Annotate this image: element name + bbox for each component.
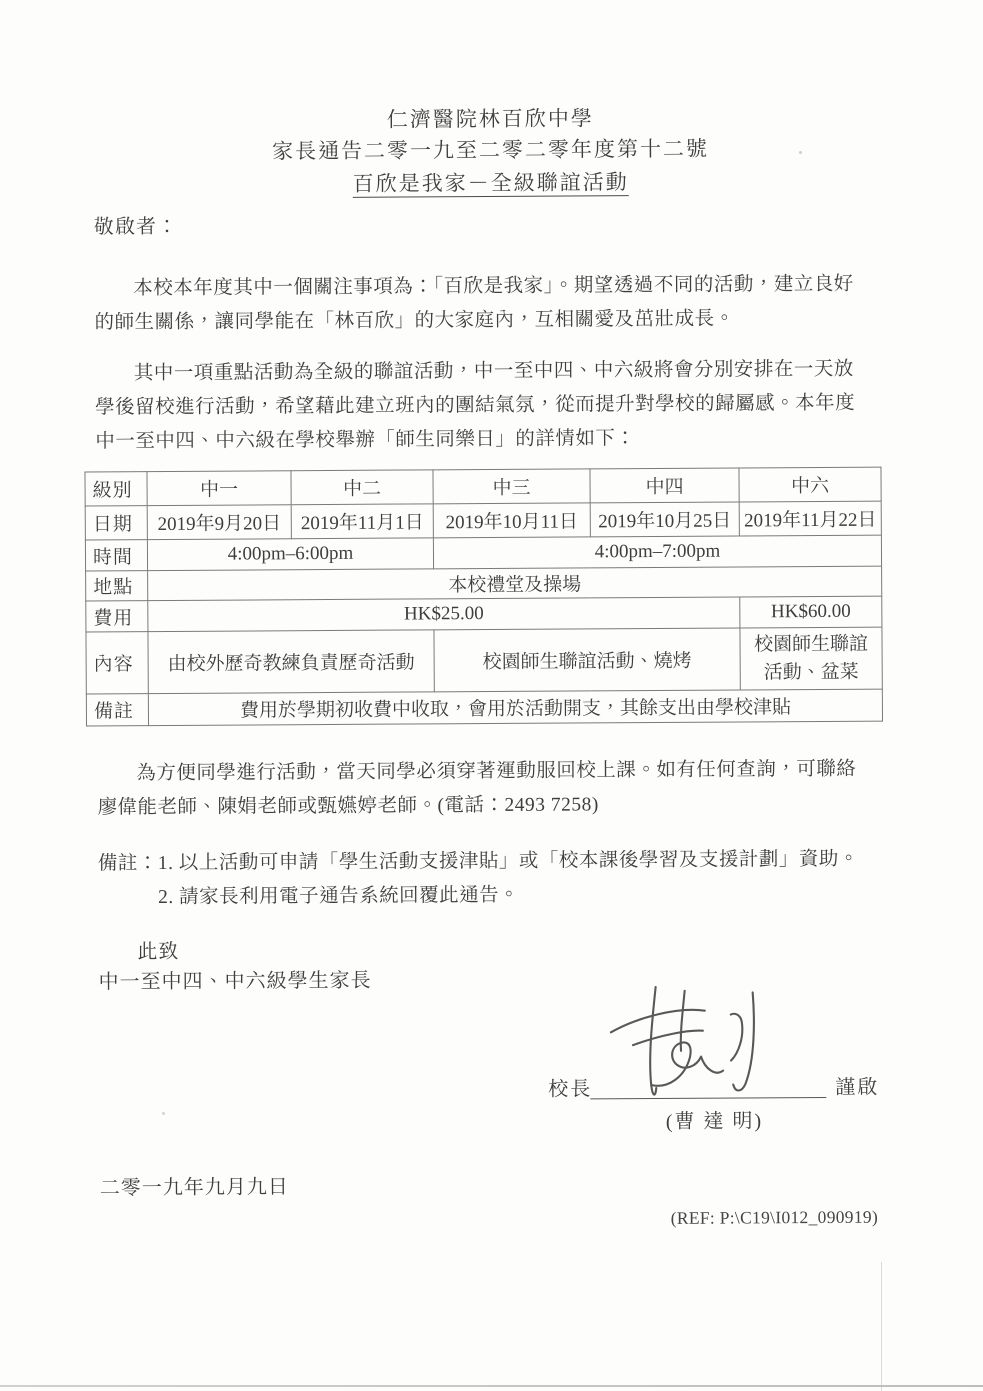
grade-cell: 中六	[739, 467, 881, 502]
paragraph-line: 的師生關係，讓同學能在「林百欣」的大家庭內，互相關愛及茁壯成長。	[94, 302, 888, 341]
subject-title-wrap: 百欣是我家－全級聯誼活動	[94, 165, 888, 205]
row-label-venue: 地點	[86, 571, 148, 601]
date-cell: 2019年11月1日	[291, 504, 433, 539]
notes-line-1: 備註：1. 以上活動可申請「學生活動支援津貼」或「校本課後學習及支援計劃」資助。	[98, 843, 892, 882]
table-row-date: 日期 2019年9月20日 2019年11月1日 2019年10月11日 201…	[85, 501, 881, 540]
paragraph-line: 其中一項重點活動為全級的聯誼活動，中一至中四、中六級將會分別安排在一天放	[95, 353, 889, 392]
table-row-fee: 費用 HK$25.00 HK$60.00	[86, 596, 882, 632]
paragraph-enquiry: 為方便同學進行活動，當天同學必須穿著運動服回校上課。如有任何查詢，可聯絡 廖偉能…	[97, 753, 891, 826]
scan-speck	[799, 151, 802, 154]
time-cell-s3-s4-s6: 4:00pm–7:00pm	[433, 535, 881, 569]
closing-this-to: 此致	[98, 933, 892, 968]
paragraph-activity: 其中一項重點活動為全級的聯誼活動，中一至中四、中六級將會分別安排在一天放 學後留…	[95, 353, 890, 460]
table-row-content: 內容 由校外歷奇教練負責歷奇活動 校園師生聯誼活動、燒烤 校園師生聯誼 活動、盆…	[86, 627, 882, 694]
principal-label: 校長	[548, 1072, 592, 1101]
row-label-remark: 備註	[86, 694, 148, 726]
school-name: 仁濟醫院林百欣中學	[93, 102, 887, 137]
salutation: 敬啟者：	[94, 208, 888, 243]
paragraph-theme: 本校本年度其中一個關注事項為：「百欣是我家」。期望透過不同的活動，建立良好 的師…	[94, 268, 888, 341]
table-row-remark: 備註 費用於學期初收費中收取，會用於活動開支，其餘支出由學校津貼	[86, 689, 882, 726]
grade-cell: 中一	[147, 471, 291, 506]
table-row-venue: 地點 本校禮堂及操場	[86, 566, 882, 601]
notes-item1-number: 1.	[158, 853, 174, 874]
table-row-grade: 級別 中一 中二 中三 中四 中六	[85, 467, 881, 506]
scan-artifact-bottom-line	[0, 1385, 983, 1387]
issue-date: 二零一九年九月九日	[100, 1169, 894, 1204]
notes-label: 備註：	[98, 853, 158, 874]
page-content: 仁濟醫院林百欣中學 家長通告二零一九至二零二零年度第十二號 百欣是我家－全級聯誼…	[0, 0, 983, 1391]
date-cell: 2019年11月22日	[739, 501, 881, 536]
notice-header: 仁濟醫院林百欣中學 家長通告二零一九至二零二零年度第十二號 百欣是我家－全級聯誼…	[93, 102, 888, 205]
grade-cell: 中四	[590, 468, 739, 503]
row-label-time: 時間	[85, 540, 147, 571]
row-label-grade: 級別	[85, 472, 147, 506]
scanned-notice-page: 仁濟醫院林百欣中學 家長通告二零一九至二零二零年度第十二號 百欣是我家－全級聯誼…	[0, 0, 983, 1391]
fee-cell-s6: HK$60.00	[740, 596, 882, 628]
scan-artifact-vertical-line	[881, 1262, 882, 1391]
notes-item2-text: 請家長利用電子通告系統回覆此通告。	[179, 885, 519, 908]
grade-cell: 中三	[433, 469, 590, 504]
paragraph-line: 廖偉能老師、陳娟老師或甄嬿婷老師。(電話：2493 7258)	[97, 787, 891, 826]
venue-cell: 本校禮堂及操場	[148, 566, 882, 600]
content-cell-s6: 校園師生聯誼 活動、盆菜	[740, 627, 882, 690]
date-cell: 2019年9月20日	[147, 505, 291, 540]
notes-item1-text: 以上活動可申請「學生活動支援津貼」或「校本課後學習及支援計劃」資助。	[179, 849, 859, 874]
event-schedule-table: 級別 中一 中二 中三 中四 中六 日期 2019年9月20日 2019年11月…	[84, 467, 883, 727]
row-label-fee: 費用	[86, 601, 148, 632]
scan-speck	[162, 1112, 165, 1115]
table-row-time: 時間 4:00pm–6:00pm 4:00pm–7:00pm	[85, 535, 881, 571]
row-label-content: 內容	[86, 632, 148, 694]
date-cell: 2019年10月25日	[590, 502, 739, 537]
subject-title: 百欣是我家－全級聯誼活動	[353, 170, 629, 198]
notes-section: 備註：1. 以上活動可申請「學生活動支援津貼」或「校本課後學習及支援計劃」資助。…	[98, 843, 892, 916]
reference-number: (REF: P:\C19\I012_090919)	[100, 1207, 878, 1233]
sign-off-label: 謹啟	[835, 1071, 879, 1100]
content-cell-s6-line2: 活動、盆菜	[743, 658, 880, 687]
content-cell-s1-s2: 由校外歷奇教練負責歷奇活動	[148, 630, 434, 694]
signature-block: 校長 謹啟 (曹 達 明)	[99, 993, 894, 1148]
paragraph-line: 為方便同學進行活動，當天同學必須穿著運動服回校上課。如有任何查詢，可聯絡	[97, 753, 891, 792]
row-label-date: 日期	[85, 506, 147, 540]
time-cell-s1-s2: 4:00pm–6:00pm	[147, 538, 433, 571]
remark-cell: 費用於學期初收費中收取，會用於活動開支，其餘支出由學校津貼	[148, 689, 882, 725]
notes-line-2: 2. 請家長利用電子通告系統回覆此通告。	[158, 877, 892, 915]
content-cell-s3-s4: 校園師生聯誼活動、燒烤	[434, 628, 740, 692]
principal-name: (曹 達 明)	[609, 1104, 819, 1134]
content-cell-s6-line1: 校園師生聯誼	[742, 630, 879, 659]
fee-cell-s1-to-s4: HK$25.00	[148, 597, 740, 632]
notice-number-title: 家長通告二零一九至二零二零年度第十二號	[93, 132, 887, 170]
paragraph-line: 中一至中四、中六級在學校舉辦「師生同樂日」的詳情如下：	[95, 421, 889, 460]
date-cell: 2019年10月11日	[433, 503, 590, 538]
principal-signature	[593, 984, 784, 1107]
paragraph-line: 學後留校進行活動，希望藉此建立班內的團結氣氛，從而提升對學校的歸屬感。本年度	[95, 387, 889, 426]
paragraph-line: 本校本年度其中一個關注事項為：「百欣是我家」。期望透過不同的活動，建立良好	[94, 268, 888, 307]
notes-item2-number: 2.	[158, 887, 174, 908]
grade-cell: 中二	[291, 470, 433, 505]
